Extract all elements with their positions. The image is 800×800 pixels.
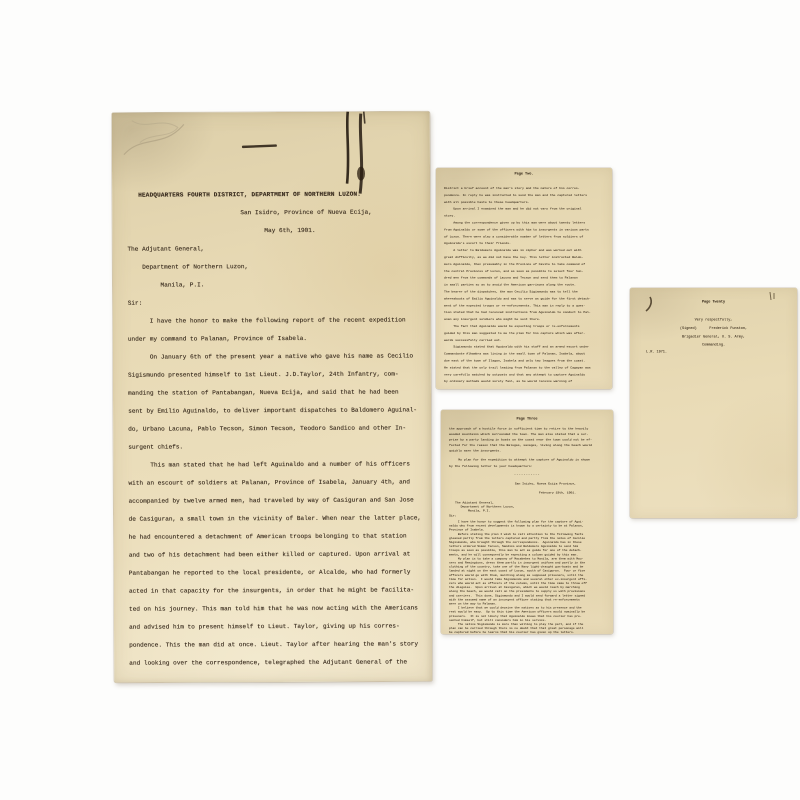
ink-stroke [770, 292, 774, 300]
page-three-salutation: Sir: [449, 514, 614, 518]
page-three-separator: ----------- [441, 473, 613, 477]
page-three-plan-text: My plan for the expedition to attempt th… [449, 457, 621, 470]
page-three-header: Page Three [441, 417, 613, 421]
pencil-scribble [124, 124, 184, 154]
page-one-place-line: San Isidro, Province of Nueva Ecija, [240, 204, 372, 223]
page-twenty-header: Page Twenty [630, 300, 797, 304]
ink-streak [347, 112, 348, 184]
page-three-letter-text: I have the honor to suggest the followin… [449, 520, 617, 635]
page-twenty-file-reference: L.R. 1971. [646, 350, 746, 354]
ink-blotch [357, 167, 365, 181]
page-twenty-closing-block: Very respectfully,(Signed) Frederick Fun… [630, 316, 797, 350]
page-one-body-text: I have the honor to make the following r… [128, 311, 422, 672]
page-two: Page Two. District a brief account of th… [436, 168, 612, 389]
page-three-date-line: February 19th, 1901. [449, 491, 576, 495]
page-two-header: Page Two. [436, 172, 612, 176]
ink-streak [364, 112, 365, 124]
page-one-address-block: The Adjutant General, Department of Nort… [127, 240, 248, 295]
document-photo: HEADQUARTERS FOURTH DISTRICT, DEPARTMENT… [0, 0, 800, 800]
page-one-heading: HEADQUARTERS FOURTH DISTRICT, DEPARTMENT… [138, 186, 361, 205]
page-three-place-line: San Isidro, Nueva Ecija Province, [449, 482, 576, 486]
page-one: HEADQUARTERS FOURTH DISTRICT, DEPARTMENT… [112, 111, 432, 682]
page-three: Page Three the approach of a hostile for… [441, 410, 613, 634]
pencil-scribble [132, 120, 178, 142]
page-twenty: Page Twenty Very respectfully,(Signed) F… [630, 288, 797, 518]
ink-dash [242, 144, 277, 148]
ink-streak [360, 114, 362, 194]
page-one-salutation: Sir: [128, 295, 143, 313]
page-three-continuation-text: the approach of a hostile force in suffi… [449, 426, 621, 454]
page-one-date-line: May 6th, 1901. [264, 222, 315, 240]
page-two-body-text: District a brief account of the man's st… [444, 185, 620, 385]
page-three-address-block: The Adjutant General, Department of Nort… [455, 501, 620, 513]
